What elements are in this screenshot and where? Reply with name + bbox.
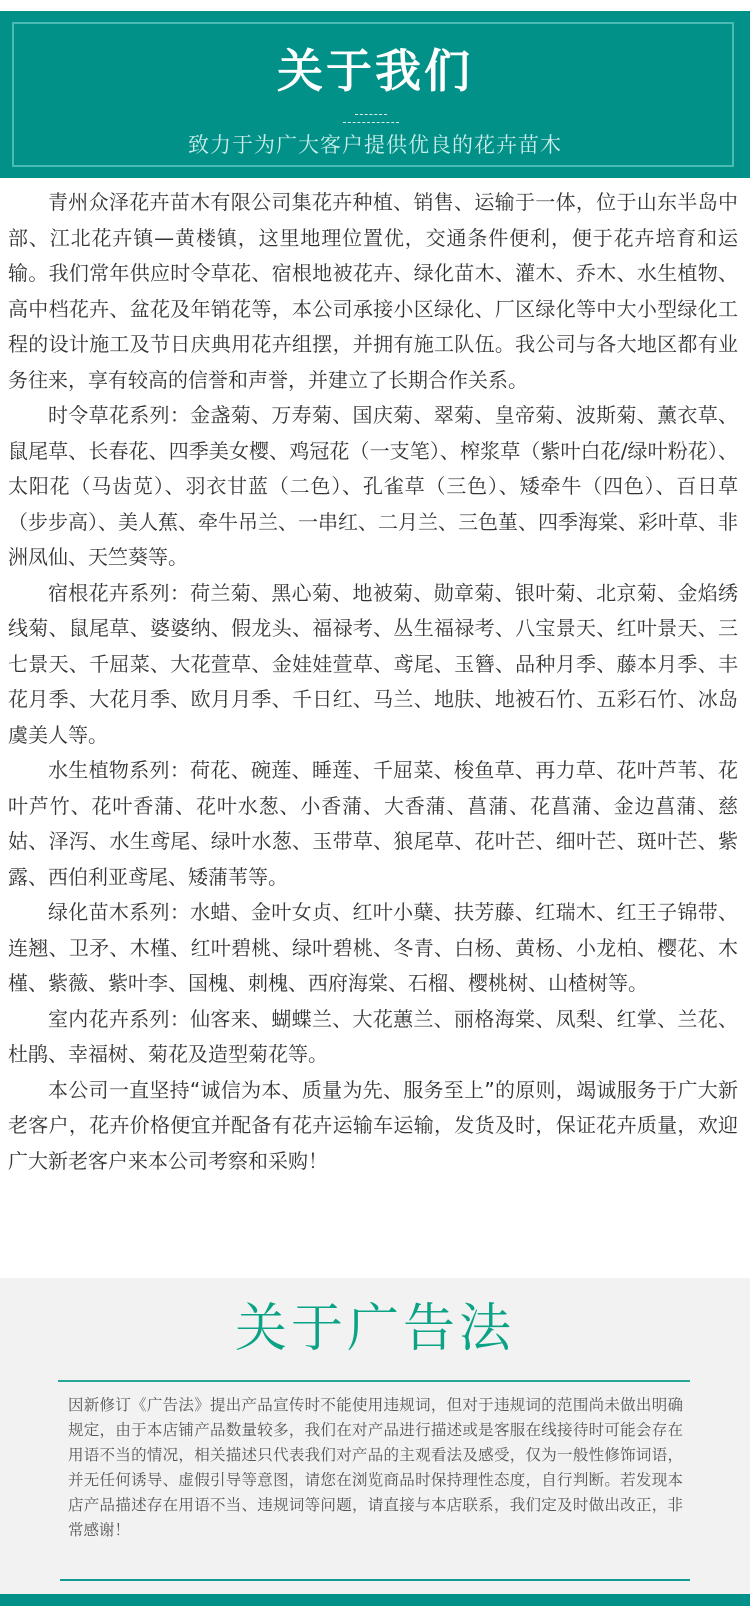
footer-bar (0, 1594, 750, 1606)
ad-law-notice: 因新修订《广告法》提出产品宣传时不能使用违规词，但对于违规词的范围尚未做出明确规… (68, 1393, 683, 1543)
aquatic-plants-paragraph: 水生植物系列：荷花、碗莲、睡莲、千屈菜、梭鱼草、再力草、花叶芦苇、花叶芦竹、花叶… (8, 753, 738, 895)
perennial-flowers-paragraph: 宿根花卉系列：荷兰菊、黑心菊、地被菊、勋章菊、银叶菊、北京菊、金焰绣线菊、鼠尾草… (8, 576, 738, 754)
divider-dashes (343, 122, 399, 123)
page-title: 关于我们 (0, 41, 750, 101)
intro-paragraph: 青州众泽花卉苗木有限公司集花卉种植、销售、运输于一体，位于山东半岛中部、江北花卉… (8, 185, 738, 398)
company-intro: 青州众泽花卉苗木有限公司集花卉种植、销售、运输于一体，位于山东半岛中部、江北花卉… (8, 185, 738, 1179)
seasonal-flowers-paragraph: 时令草花系列：金盏菊、万寿菊、国庆菊、翠菊、皇帝菊、波斯菊、薰衣草、鼠尾草、长春… (8, 398, 738, 576)
divider-dashes (355, 114, 387, 115)
about-us-banner: 关于我们 致力于为广大客户提供优良的花卉苗木 (0, 11, 750, 178)
page-subtitle: 致力于为广大客户提供优良的花卉苗木 (0, 129, 750, 161)
ad-law-section: 关于广告法 因新修订《广告法》提出产品宣传时不能使用违规词，但对于违规词的范围尚… (0, 1278, 750, 1606)
ad-law-title: 关于广告法 (0, 1294, 750, 1364)
greening-seedlings-paragraph: 绿化苗木系列：水蜡、金叶女贞、红叶小蘖、扶芳藤、红瑞木、红王子锦带、连翘、卫矛、… (8, 895, 738, 1002)
indoor-flowers-paragraph: 室内花卉系列：仙客来、蝴蝶兰、大花蕙兰、丽格海棠、凤梨、红掌、兰花、杜鹃、幸福树… (8, 1002, 738, 1073)
divider-line (58, 1380, 690, 1382)
service-principle-paragraph: 本公司一直坚持“诚信为本、质量为先、服务至上”的原则，竭诚服务于广大新老客户，花… (8, 1073, 738, 1180)
divider-line (60, 1579, 690, 1581)
